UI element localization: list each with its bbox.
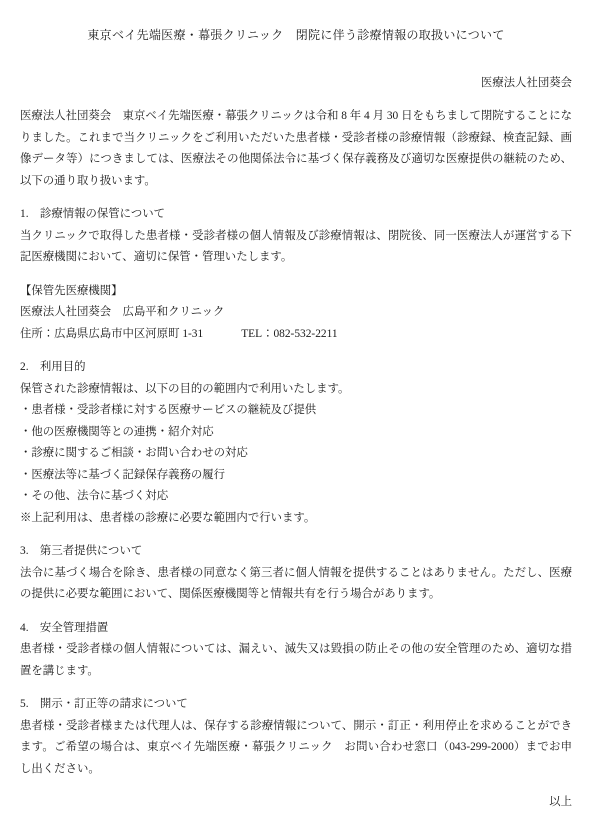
section-third-party-heading: 3. 第三者提供について bbox=[20, 541, 572, 563]
section-third-party-body: 法令に基づく場合を除き、患者様の同意なく第三者に個人情報を提供することはありませ… bbox=[20, 563, 572, 606]
organization-name: 医療法人社団葵会 bbox=[20, 73, 572, 95]
intro-paragraph: 医療法人社団葵会 東京ベイ先端医療・幕張クリニックは令和 8 年 4 月 30 … bbox=[20, 106, 572, 192]
section-storage-body: 当クリニックで取得した患者様・受診者様の個人情報及び診療情報は、閉院後、同一医療… bbox=[20, 226, 572, 269]
purpose-note: ※上記利用は、患者様の診療に必要な範囲内で行います。 bbox=[20, 508, 572, 530]
section-security: 4. 安全管理措置 患者様・受診者様の個人情報については、漏えい、滅失又は毀損の… bbox=[20, 618, 572, 683]
storage-facility-contact: 住所：広島県広島市中区河原町 1-31TEL：082-532-2211 bbox=[20, 324, 572, 346]
purpose-bullet-2: ・他の医療機関等との連携・紹介対応 bbox=[20, 422, 572, 444]
storage-facility-tel: TEL：082-532-2211 bbox=[241, 328, 337, 340]
section-purpose-body: 保管された診療情報は、以下の目的の範囲内で利用いたします。 bbox=[20, 379, 572, 401]
storage-facility-block: 【保管先医療機関】 医療法人社団葵会 広島平和クリニック 住所：広島県広島市中区… bbox=[20, 281, 572, 346]
section-storage-heading: 1. 診療情報の保管について bbox=[20, 204, 572, 226]
section-disclosure-body: 患者様・受診者様または代理人は、保存する診療情報について、開示・訂正・利用停止を… bbox=[20, 716, 572, 781]
purpose-bullet-5: ・その他、法令に基づく対応 bbox=[20, 486, 572, 508]
section-purpose: 2. 利用目的 保管された診療情報は、以下の目的の範囲内で利用いたします。 ・患… bbox=[20, 357, 572, 529]
section-third-party: 3. 第三者提供について 法令に基づく場合を除き、患者様の同意なく第三者に個人情… bbox=[20, 541, 572, 606]
closing-statement: 以上 bbox=[20, 792, 572, 814]
document-title: 東京ベイ先端医療・幕張クリニック 閉院に伴う診療情報の取扱いについて bbox=[20, 25, 572, 47]
section-disclosure: 5. 開示・訂正等の請求について 患者様・受診者様または代理人は、保存する診療情… bbox=[20, 694, 572, 780]
storage-facility-label: 【保管先医療機関】 bbox=[20, 281, 572, 303]
section-security-body: 患者様・受診者様の個人情報については、漏えい、滅失又は毀損の防止その他の安全管理… bbox=[20, 639, 572, 682]
section-purpose-heading: 2. 利用目的 bbox=[20, 357, 572, 379]
document-page: 東京ベイ先端医療・幕張クリニック 閉院に伴う診療情報の取扱いについて 医療法人社… bbox=[0, 0, 592, 823]
purpose-bullet-1: ・患者様・受診者様に対する医療サービスの継続及び提供 bbox=[20, 400, 572, 422]
storage-facility-name: 医療法人社団葵会 広島平和クリニック bbox=[20, 302, 572, 324]
purpose-bullet-4: ・医療法等に基づく記録保存義務の履行 bbox=[20, 465, 572, 487]
purpose-bullet-3: ・診療に関するご相談・お問い合わせの対応 bbox=[20, 443, 572, 465]
section-disclosure-heading: 5. 開示・訂正等の請求について bbox=[20, 694, 572, 716]
section-storage: 1. 診療情報の保管について 当クリニックで取得した患者様・受診者様の個人情報及… bbox=[20, 204, 572, 269]
storage-facility-address: 住所：広島県広島市中区河原町 1-31 bbox=[20, 328, 203, 340]
section-security-heading: 4. 安全管理措置 bbox=[20, 618, 572, 640]
